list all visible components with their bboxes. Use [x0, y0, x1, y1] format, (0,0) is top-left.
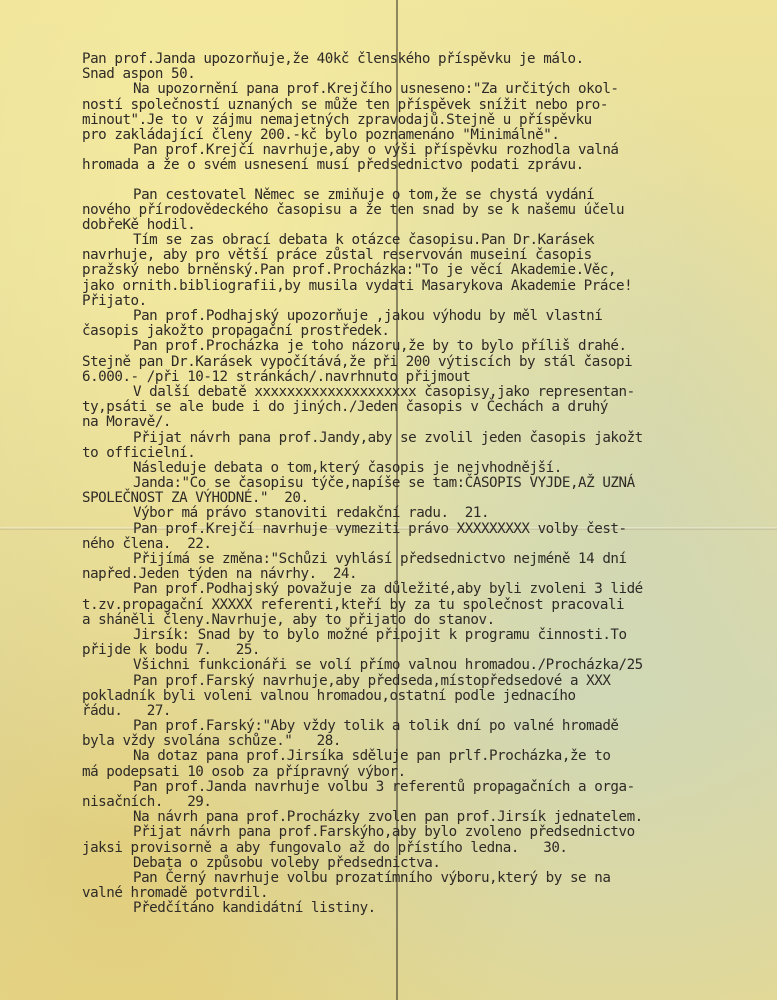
text-line: ného člena. 22. [82, 537, 772, 552]
text-line: Pan prof.Farský navrhuje,aby předseda,mí… [82, 674, 772, 689]
text-line: Přijat návrh pana prof.Jandy,aby se zvol… [82, 431, 772, 446]
text-line: navrhuje, aby pro větší práce zůstal res… [82, 248, 772, 263]
text-line: Všichni funkcionáři se volí přímo valnou… [82, 658, 772, 673]
text-line: nisačních. 29. [82, 795, 772, 810]
text-line: Přijato. [82, 294, 772, 309]
text-line: Debata o způsobu voleby předsednictva. [82, 856, 772, 871]
text-line: Na dotaz pana prof.Jirsíka sděluje pan p… [82, 749, 772, 764]
paragraph-gap [82, 174, 772, 188]
text-line: ty,psáti se ale bude i do jiných./Jeden … [82, 400, 772, 415]
text-line: jako ornith.bibliografii,by musila vydat… [82, 279, 772, 294]
text-line: jaksi provisorně a aby fungovalo až do p… [82, 841, 772, 856]
text-line: Pan prof.Janda upozorňuje,že 40kč člensk… [82, 52, 772, 67]
text-line: Přijat návrh pana prof.Farskýho,aby bylo… [82, 825, 772, 840]
text-line: Pan Černý navrhuje volbu prozatímního vý… [82, 871, 772, 886]
text-line: pokladník byli voleni valnou hromadou,os… [82, 689, 772, 704]
text-line: Pan prof.Janda navrhuje volbu 3 referent… [82, 780, 772, 795]
text-line: Pan prof.Krejčí navrhuje vymeziti právo … [82, 522, 772, 537]
text-line: Jirsík: Snad by to bylo možné připojit k… [82, 628, 772, 643]
text-line: dobřeKě hodil. [82, 218, 772, 233]
text-line: Tím se zas obrací debata k otázce časopi… [82, 233, 772, 248]
text-line: V další debatě xxxxxxxxxxxxxxxxxxxx časo… [82, 385, 772, 400]
text-line: Výbor má právo stanoviti redakční radu. … [82, 506, 772, 521]
text-line: byla vždy svolána schůze." 28. [82, 734, 772, 749]
text-line: má podepsati 10 osob za přípravný výbor. [82, 765, 772, 780]
text-line: Snad aspon 50. [82, 67, 772, 82]
text-line: Pan prof.Podhajský považuje za důležité,… [82, 582, 772, 597]
text-line: nového přírodovědeckého časopisu a že te… [82, 203, 772, 218]
text-line: to officielní. [82, 446, 772, 461]
text-line: přijde k bodu 7. 25. [82, 643, 772, 658]
text-line: minout".Je to v zájmu nemajetných zpravo… [82, 113, 772, 128]
text-line: Pan prof.Podhajský upozorňuje ,jakou výh… [82, 309, 772, 324]
text-line: Pan cestovatel Němec se zmiňuje o tom,že… [82, 188, 772, 203]
text-line: pražský nebo brněnský.Pan prof.Procházka… [82, 263, 772, 278]
text-line: SPOLEČNOST ZA VÝHODNÉ." 20. [82, 491, 772, 506]
text-line: napřed.Jeden týden na návrhy. 24. [82, 567, 772, 582]
text-line: Předčítáno kandidátní listiny. [82, 901, 772, 916]
text-line: Přijímá se změna:"Schůzi vyhlásí předsed… [82, 552, 772, 567]
typewritten-minutes-text: Pan prof.Janda upozorňuje,že 40kč člensk… [82, 52, 772, 917]
text-line: časopis jakožto propagační prostředek. [82, 324, 772, 339]
text-line: řádu. 27. [82, 704, 772, 719]
text-line: Pan prof.Krejčí navrhuje,aby o výši přís… [82, 143, 772, 158]
text-line: Janda:"Co se časopisu týče,napíše se tam… [82, 476, 772, 491]
text-line: Na návrh pana prof.Procházky zvolen pan … [82, 810, 772, 825]
text-line: 6.000.- /při 10-12 stránkách/.navrhnuto … [82, 370, 772, 385]
text-line: a sháněli členy.Navrhuje, aby to přijato… [82, 613, 772, 628]
text-line: valné hromadě potvrdil. [82, 886, 772, 901]
text-line: na Moravě/. [82, 415, 772, 430]
text-line: hromada a že o svém usnesení musí předse… [82, 158, 772, 173]
text-line: pro zakládající členy 200.-kč bylo pozna… [82, 128, 772, 143]
text-line: Pan prof.Farský:"Aby vždy tolik a tolik … [82, 719, 772, 734]
text-line: ností společností uznaných se může ten p… [82, 98, 772, 113]
text-line: t.zv.propagační XXXXX referenti,kteří by… [82, 598, 772, 613]
text-line: Následuje debata o tom,který časopis je … [82, 461, 772, 476]
text-line: Stejně pan Dr.Karásek vypočítává,že při … [82, 355, 772, 370]
text-line: Pan prof.Procházka je toho názoru,že by … [82, 339, 772, 354]
text-line: Na upozornění pana prof.Krejčího usnesen… [82, 82, 772, 97]
